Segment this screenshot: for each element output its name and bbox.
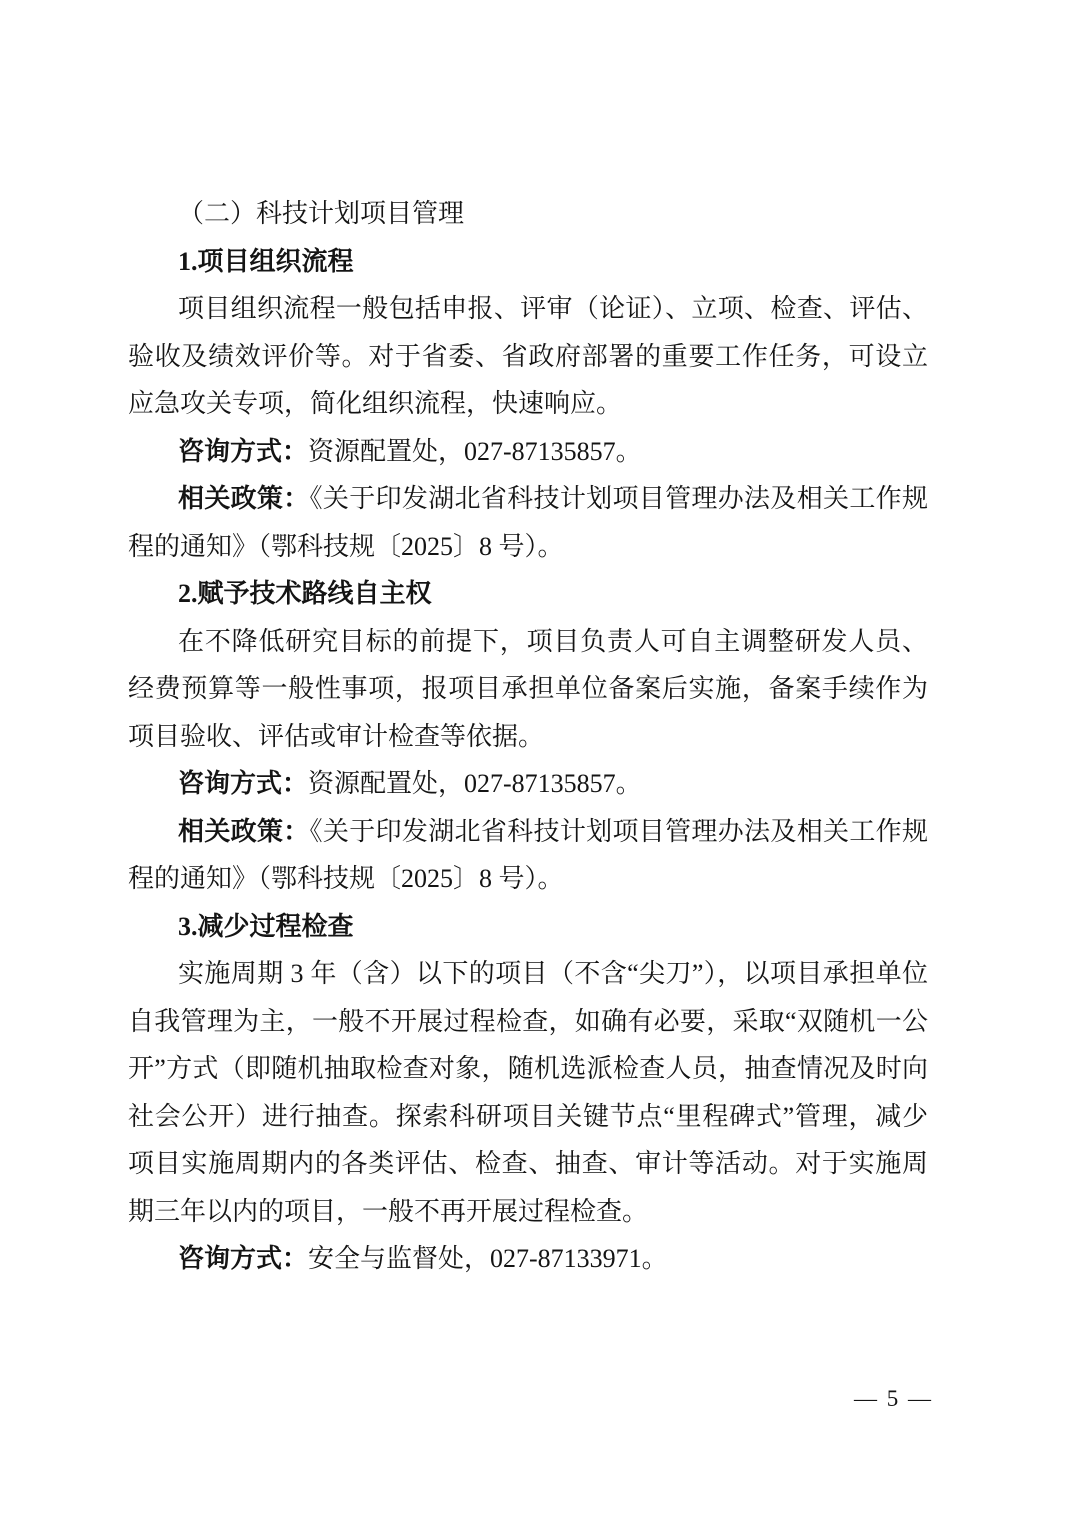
paragraph: 咨询方式：安全与监督处，027-87133971。: [128, 1235, 928, 1283]
block-text: 项目组织流程一般包括申报、评审（论证）、立项、检查、评估、验收及绩效评价等。对于…: [128, 294, 928, 418]
block-label: 咨询方式：: [178, 1244, 308, 1273]
document-page: （二）科技计划项目管理 1.项目组织流程 项目组织流程一般包括申报、评审（论证）…: [0, 0, 1074, 1520]
block-text: 在不降低研究目标的前提下，项目负责人可自主调整研发人员、经费预算等一般性事项，报…: [128, 627, 928, 751]
subsection: 3.减少过程检查 实施周期 3 年（含）以下的项目（不含“尖刀”），以项目承担单…: [128, 903, 928, 1283]
footer-page-number: — 5 —: [854, 1384, 933, 1414]
subsection-title: 1.项目组织流程: [128, 238, 928, 286]
subsection: 1.项目组织流程 项目组织流程一般包括申报、评审（论证）、立项、检查、评估、验收…: [128, 238, 928, 571]
block-text: 实施周期 3 年（含）以下的项目（不含“尖刀”），以项目承担单位自我管理为主，一…: [128, 959, 928, 1226]
block-label: 相关政策：: [178, 817, 310, 846]
paragraph: 咨询方式：资源配置处，027-87135857。: [128, 760, 928, 808]
section-heading: （二）科技计划项目管理: [128, 190, 928, 238]
block-text: 安全与监督处，027-87133971。: [308, 1244, 668, 1273]
paragraph: 实施周期 3 年（含）以下的项目（不含“尖刀”），以项目承担单位自我管理为主，一…: [128, 950, 928, 1235]
paragraph: 在不降低研究目标的前提下，项目负责人可自主调整研发人员、经费预算等一般性事项，报…: [128, 618, 928, 761]
subsection-title: 3.减少过程检查: [128, 903, 928, 951]
subsection-blocks: 项目组织流程一般包括申报、评审（论证）、立项、检查、评估、验收及绩效评价等。对于…: [128, 285, 928, 570]
paragraph: 咨询方式：资源配置处，027-87135857。: [128, 428, 928, 476]
subsection: 2.赋予技术路线自主权 在不降低研究目标的前提下，项目负责人可自主调整研发人员、…: [128, 570, 928, 903]
paragraph: 相关政策：《关于印发湖北省科技计划项目管理办法及相关工作规程的通知》（鄂科技规〔…: [128, 475, 928, 570]
block-text: 资源配置处，027-87135857。: [308, 769, 642, 798]
subsection-blocks: 实施周期 3 年（含）以下的项目（不含“尖刀”），以项目承担单位自我管理为主，一…: [128, 950, 928, 1283]
block-label: 咨询方式：: [178, 769, 308, 798]
paragraph: 相关政策：《关于印发湖北省科技计划项目管理办法及相关工作规程的通知》（鄂科技规〔…: [128, 808, 928, 903]
block-label: 相关政策：: [178, 484, 310, 513]
subsection-blocks: 在不降低研究目标的前提下，项目负责人可自主调整研发人员、经费预算等一般性事项，报…: [128, 618, 928, 903]
document-body: （二）科技计划项目管理 1.项目组织流程 项目组织流程一般包括申报、评审（论证）…: [128, 190, 928, 1283]
paragraph: 项目组织流程一般包括申报、评审（论证）、立项、检查、评估、验收及绩效评价等。对于…: [128, 285, 928, 428]
block-label: 咨询方式：: [178, 437, 308, 466]
block-text: 资源配置处，027-87135857。: [308, 437, 642, 466]
subsection-title: 2.赋予技术路线自主权: [128, 570, 928, 618]
